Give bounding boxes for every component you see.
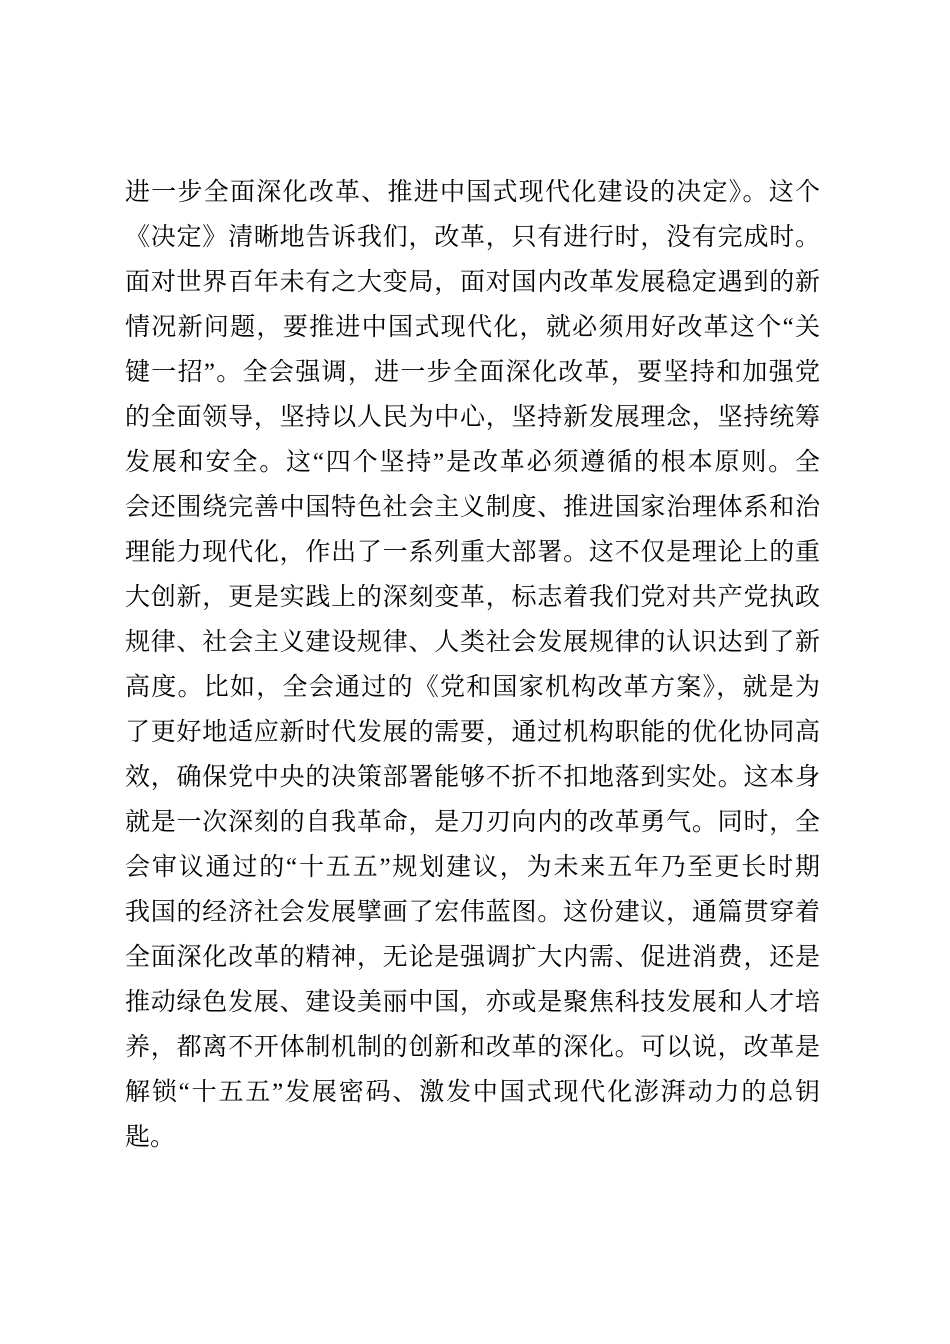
text-line-8: 会还围绕完善中国特色社会主义制度、推进国家治理体系和治 — [125, 485, 820, 530]
text-line-16: 会审议通过的“十五五”规划建议，为未来五年乃至更长时期 — [125, 845, 820, 890]
document-page: 进一步全面深化改革、推进中国式现代化建设的决定》。这个 《决定》清晰地告诉我们，… — [0, 0, 950, 1344]
text-line-3: 面对世界百年未有之大变局，面对国内改革发展稳定遇到的新 — [125, 260, 820, 305]
paragraph-block: 进一步全面深化改革、推进中国式现代化建设的决定》。这个 《决定》清晰地告诉我们，… — [125, 170, 820, 1160]
text-line-22: 匙。 — [125, 1115, 820, 1160]
text-line-15: 就是一次深刻的自我革命，是刀刃向内的改革勇气。同时，全 — [125, 800, 820, 845]
text-line-10: 大创新，更是实践上的深刻变革，标志着我们党对共产党执政 — [125, 575, 820, 620]
text-line-12: 高度。比如，全会通过的《党和国家机构改革方案》，就是为 — [125, 665, 820, 710]
text-line-1: 进一步全面深化改革、推进中国式现代化建设的决定》。这个 — [125, 170, 820, 215]
text-line-18: 全面深化改革的精神，无论是强调扩大内需、促进消费，还是 — [125, 935, 820, 980]
text-line-13: 了更好地适应新时代发展的需要，通过机构职能的优化协同高 — [125, 710, 820, 755]
text-line-7: 发展和安全。这“四个坚持”是改革必须遵循的根本原则。全 — [125, 440, 820, 485]
text-line-17: 我国的经济社会发展擘画了宏伟蓝图。这份建议，通篇贯穿着 — [125, 890, 820, 935]
text-line-14: 效，确保党中央的决策部署能够不折不扣地落到实处。这本身 — [125, 755, 820, 800]
text-line-21: 解锁“十五五”发展密码、激发中国式现代化澎湃动力的总钥 — [125, 1070, 820, 1115]
text-line-5: 键一招”。全会强调，进一步全面深化改革，要坚持和加强党 — [125, 350, 820, 395]
text-line-4: 情况新问题，要推进中国式现代化，就必须用好改革这个“关 — [125, 305, 820, 350]
text-line-11: 规律、社会主义建设规律、人类社会发展规律的认识达到了新 — [125, 620, 820, 665]
text-line-20: 养，都离不开体制机制的创新和改革的深化。可以说，改革是 — [125, 1025, 820, 1070]
text-line-2: 《决定》清晰地告诉我们，改革，只有进行时，没有完成时。 — [125, 215, 820, 260]
text-line-19: 推动绿色发展、建设美丽中国，亦或是聚焦科技发展和人才培 — [125, 980, 820, 1025]
text-line-6: 的全面领导，坚持以人民为中心，坚持新发展理念，坚持统筹 — [125, 395, 820, 440]
text-line-9: 理能力现代化，作出了一系列重大部署。这不仅是理论上的重 — [125, 530, 820, 575]
